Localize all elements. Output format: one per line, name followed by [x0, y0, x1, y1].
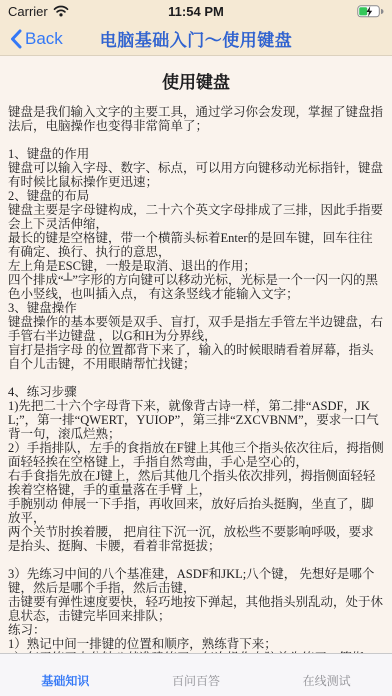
app-screen: Carrier 11:54 PM Back 电脑基础入门～使用键盘: [0, 0, 392, 696]
wifi-icon: [53, 5, 69, 17]
article-paragraph: 两个关节肘挨着腰， 把肩往下沉一沉，放松些不要影响呼吸，要求是抬头、挺胸、卡腰，…: [8, 525, 384, 553]
back-label: Back: [25, 29, 63, 49]
article-paragraph: 四个排成“┴”字形的方向键可以移动光标，光标是一个一闪一闪的黑色小竖线，也叫插入…: [8, 273, 384, 301]
tab-online-test[interactable]: 在线测试: [261, 672, 392, 696]
article-paragraph: 2）手指排队，左手的食指放在F键上其他三个指头依次往后，拇指侧面轻轻挨在空格键上…: [8, 441, 384, 469]
status-time: 11:54 PM: [128, 4, 264, 19]
article-paragraph: 最长的键是空格键，带一个横箭头标着Enter的是回车键，回车往往有确定、换行、执…: [8, 231, 384, 259]
article-paragraph: 4、练习步骤: [8, 385, 384, 399]
status-bar: Carrier 11:54 PM: [0, 0, 392, 22]
article-paragraph: 1）熟记中间一排键的位置和顺序，熟练背下来；: [8, 637, 384, 651]
article-paragraph: 练习：: [8, 623, 384, 637]
article-paragraph: 右手食指先放在J键上，然后其他几个指头依次排列，拇指侧面轻轻挨着空格键，手的重量…: [8, 469, 384, 497]
article-paragraph: 键盘操作的基本要领是双手、盲打，双手是指左手管左半边键盘，右手管右半边键盘 ，以…: [8, 315, 384, 343]
article-paragraph: 1、键盘的作用: [8, 147, 384, 161]
nav-bar: Back 电脑基础入门～使用键盘: [0, 22, 392, 56]
back-button[interactable]: Back: [10, 22, 63, 55]
article-content: 使用键盘 键盘是我们输入文字的主要工具，通过学习你会发现，掌握了键盘指法后，电脑…: [0, 56, 392, 696]
article-paragraph: 2、键盘的布局: [8, 189, 384, 203]
battery-charging-icon: [357, 5, 384, 18]
carrier-label: Carrier: [8, 4, 48, 19]
tab-hundred-questions[interactable]: 百问百答: [131, 672, 262, 696]
article-paragraph: 手腕别动 伸展一下手指，再收回来，放好后抬头挺胸，坐直了，脚放平，: [8, 497, 384, 525]
tab-bar: 基础知识百问百答在线测试: [0, 653, 392, 696]
back-chevron-icon: [10, 29, 22, 49]
article-paragraph: 键盘可以输入字母、数字、标点，可以用方向键移动光标指针，键盘有时候比鼠标操作更迅…: [8, 161, 384, 189]
article-paragraph: 1)先把二十六个字母背下来，就像背古诗一样，第二排“ASDF，JKL;”，第一排…: [8, 399, 384, 441]
article-paragraph: 键盘是我们输入文字的主要工具，通过学习你会发现，掌握了键盘指法后，电脑操作也变得…: [8, 105, 384, 133]
tab-basic-knowledge[interactable]: 基础知识: [0, 672, 131, 696]
article-paragraph: 3、键盘操作: [8, 301, 384, 315]
article-paragraph: 键盘主要是字母键构成，二十六个英文字母排成了三排，因此手指要会上下灵活伸缩，: [8, 203, 384, 231]
article-title: 使用键盘: [8, 68, 384, 93]
article-paragraph: 击键要有弹性速度要快，轻巧地按下弹起，其他指头别乱动，处于休息状态，击键完毕回来…: [8, 595, 384, 623]
article-paragraph: 盲打是指字母 的位置都背下来了，输入的时候眼睛看着屏幕，指头自个儿击键，不用眼睛…: [8, 343, 384, 371]
article-body: 键盘是我们输入文字的主要工具，通过学习你会发现，掌握了键盘指法后，电脑操作也变得…: [8, 105, 384, 679]
article-paragraph: 3）先练习中间的八个基准建，ASDF和JKL;八个键， 先想好是哪个键，然后是哪…: [8, 567, 384, 595]
article-paragraph: 左上角是ESC键，一般是取消、退出的作用；: [8, 259, 384, 273]
